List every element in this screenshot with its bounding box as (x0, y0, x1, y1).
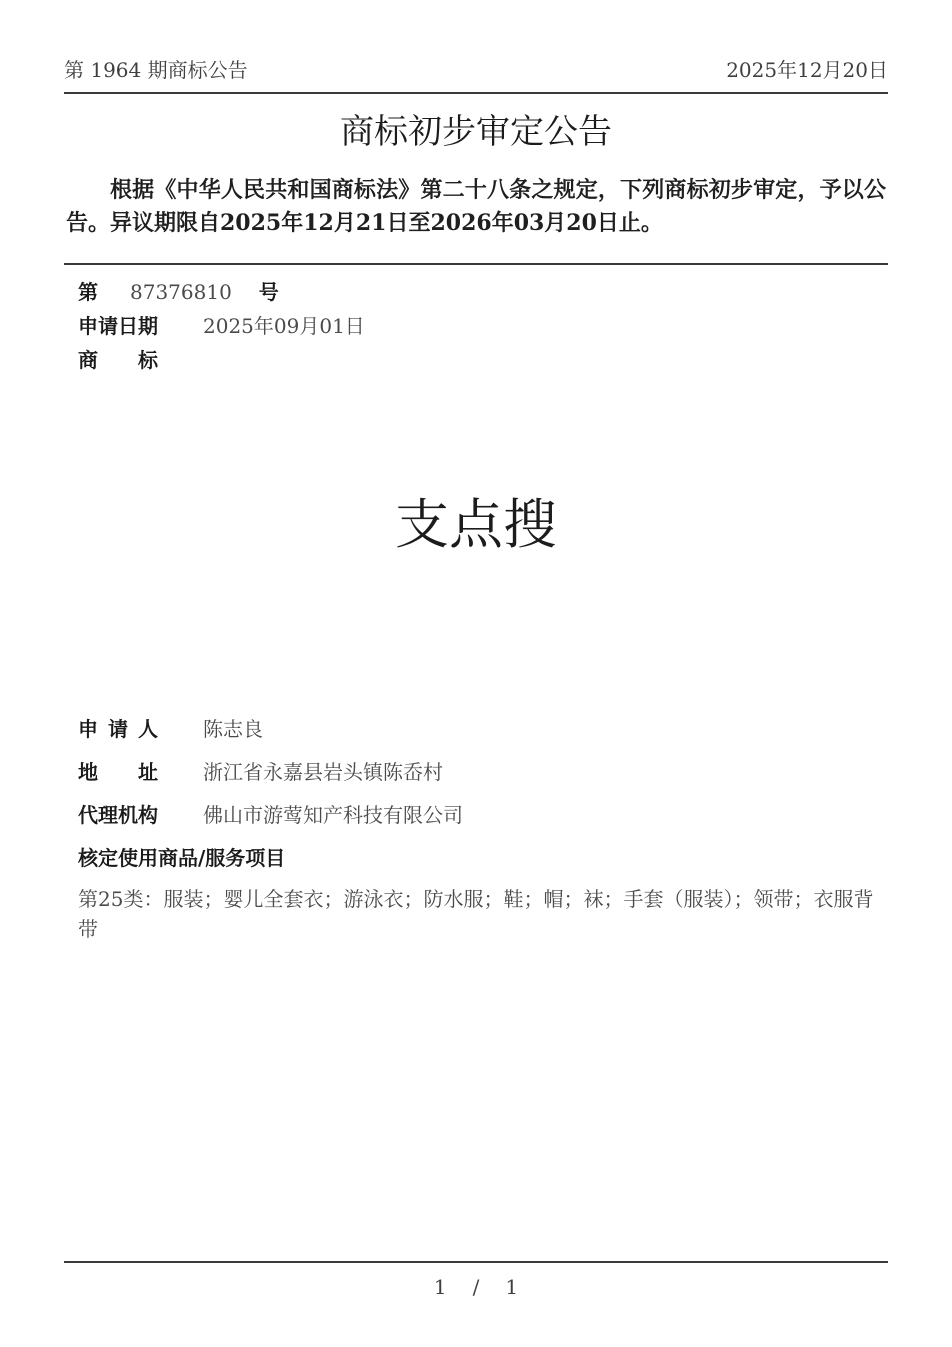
application-date-label: 申请日期 (78, 312, 158, 340)
applicant-name-row: 申 请 人 陈志良 (78, 715, 888, 743)
trademark-label: 商 标 (78, 346, 158, 374)
goods-services-heading: 核定使用商品/服务项目 (78, 844, 888, 872)
applicant-address-value: 浙江省永嘉县岩头镇陈岙村 (203, 758, 443, 786)
trademark-text: 支点搜 (395, 482, 557, 559)
page-header: 第 1964 期商标公告 2025年12月20日 (64, 0, 888, 94)
page-number-current: 1 (434, 1275, 447, 1299)
registration-prefix-label: 第 (78, 278, 98, 306)
applicant-name-label: 申 请 人 (78, 715, 158, 743)
page-title: 商标初步审定公告 (0, 110, 952, 154)
applicant-section: 申 请 人 陈志良 地 址 浙江省永嘉县岩头镇陈岙村 代理机构 佛山市游莺知产科… (78, 715, 888, 829)
agency-label: 代理机构 (78, 801, 158, 829)
gazette-issue-label: 第 1964 期商标公告 (64, 54, 248, 83)
page-number-total: 1 (505, 1275, 518, 1299)
trademark-label-row: 商 标 (78, 346, 888, 374)
intro-paragraph: 根据《中华人民共和国商标法》第二十八条之规定，下列商标初步审定，予以公告。异议期… (66, 174, 886, 240)
gazette-date: 2025年12月20日 (726, 54, 888, 83)
record-fields: 第 87376810 号 申请日期 2025年09月01日 商 标 (78, 278, 888, 374)
gazette-page: 第 1964 期商标公告 2025年12月20日 商标初步审定公告 根据《中华人… (0, 0, 952, 1347)
registration-suffix-label: 号 (259, 278, 279, 306)
application-date-row: 申请日期 2025年09月01日 (78, 312, 888, 340)
page-number-separator: / (473, 1275, 480, 1299)
agency-row: 代理机构 佛山市游莺知产科技有限公司 (78, 801, 888, 829)
applicant-name-value: 陈志良 (203, 715, 263, 743)
applicant-address-label: 地 址 (78, 758, 158, 786)
registration-number: 87376810 (130, 278, 232, 306)
page-footer: 1/1 (64, 1261, 888, 1299)
application-date-value: 2025年09月01日 (203, 312, 365, 340)
goods-services-list: 第25类：服装；婴儿全套衣；游泳衣；防水服；鞋；帽；袜；手套（服装）；领带；衣服… (78, 884, 888, 944)
trademark-display-area: 支点搜 (0, 380, 952, 660)
section-divider (64, 263, 888, 265)
agency-value: 佛山市游莺知产科技有限公司 (203, 801, 463, 829)
applicant-address-row: 地 址 浙江省永嘉县岩头镇陈岙村 (78, 758, 888, 786)
registration-number-row: 第 87376810 号 (78, 278, 888, 306)
